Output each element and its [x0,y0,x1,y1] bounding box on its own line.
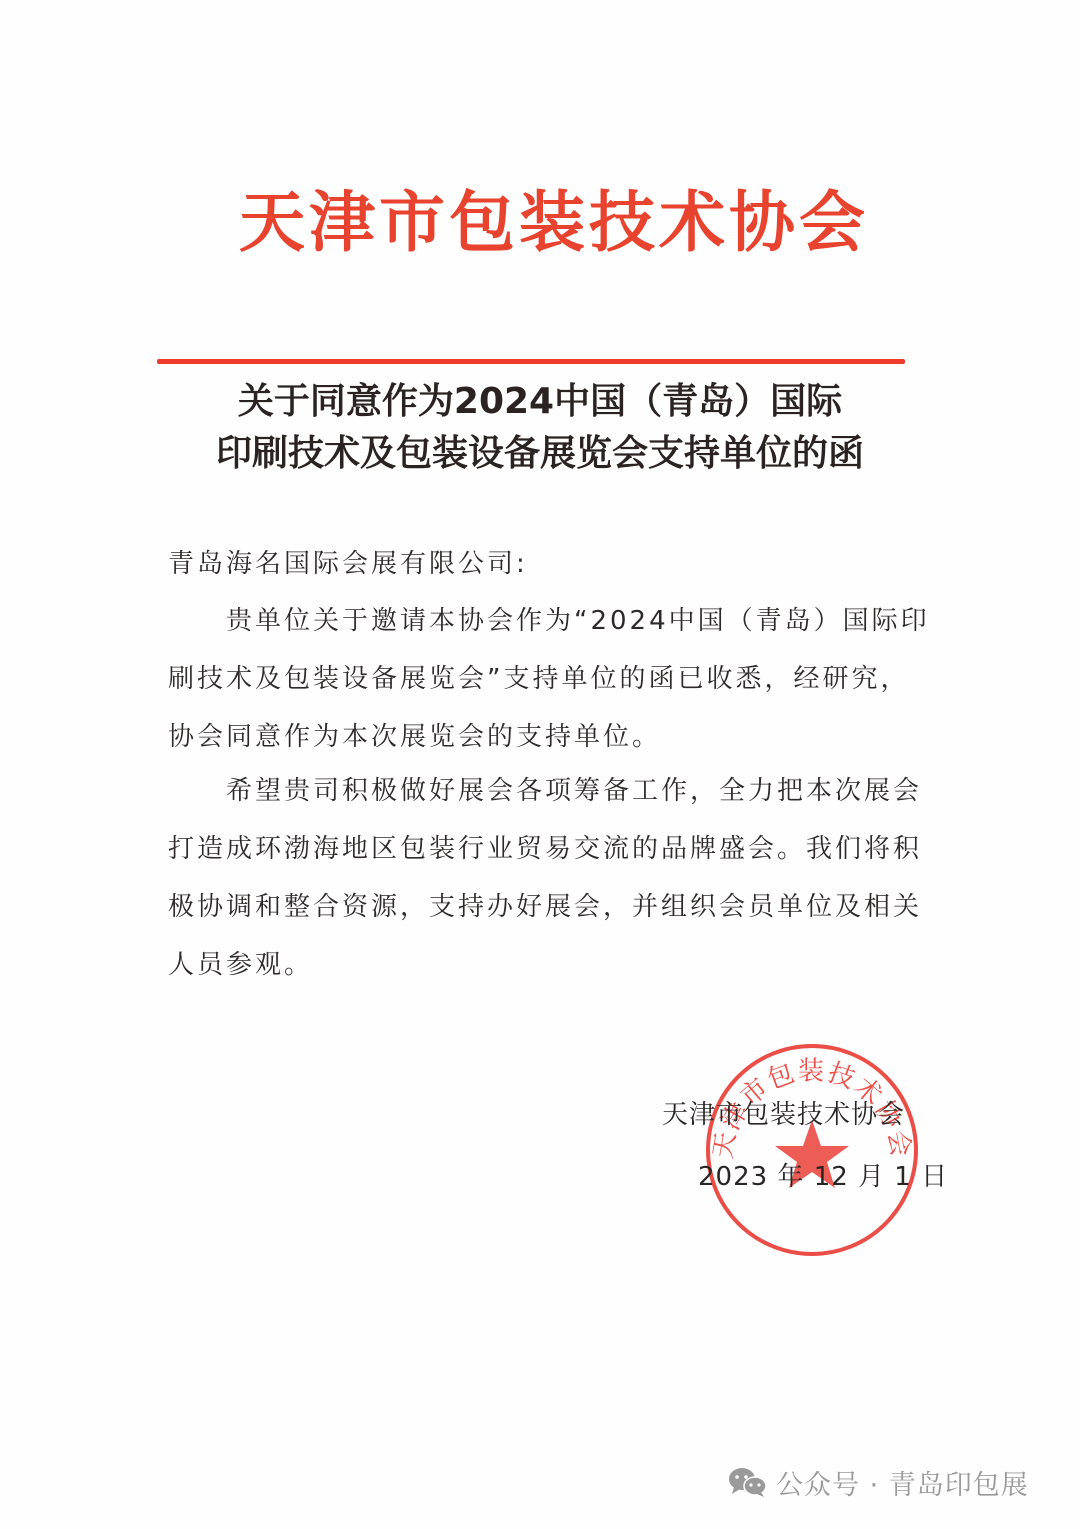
letterhead-divider [157,359,905,364]
paragraph-1-line-3: 协会同意作为本次展览会的支持单位。 [168,708,928,766]
document-title: 关于同意作为2024中国（青岛）国际 印刷技术及包装设备展览会支持单位的函 [150,376,930,480]
paragraph-2-line-3: 极协调和整合资源，支持办好展会，并组织会员单位及相关 [168,878,928,936]
paragraph-2: 希望贵司积极做好展会各项筹备工作，全力把本次展会 打造成环渤海地区包装行业贸易交… [168,762,928,994]
paragraph-2-line-1: 希望贵司积极做好展会各项筹备工作，全力把本次展会 [168,762,928,820]
letterhead-title: 天津市包装技术协会 [0,182,1080,262]
wechat-watermark: 公众号 · 青岛印包展 [728,1462,1029,1502]
paragraph-2-line-4: 人员参观。 [168,936,928,994]
wechat-icon [728,1467,768,1497]
salutation: 青岛海名国际会展有限公司: [168,535,928,593]
paragraph-1: 贵单位关于邀请本协会作为“2024中国（青岛）国际印 刷技术及包装设备展览会”支… [168,592,928,766]
seal-graphic: 天津市包装技术协会 [710,1048,914,1252]
document-title-line-1: 关于同意作为2024中国（青岛）国际 [150,376,930,428]
paragraph-2-line-2: 打造成环渤海地区包装行业贸易交流的品牌盛会。我们将积 [168,820,928,878]
document-title-line-2: 印刷技术及包装设备展览会支持单位的函 [150,428,930,480]
paragraph-1-line-1: 贵单位关于邀请本协会作为“2024中国（青岛）国际印 [168,592,928,650]
watermark-text: 公众号 · 青岛印包展 [776,1463,1029,1502]
paragraph-1-line-2: 刷技术及包装设备展览会”支持单位的函已收悉，经研究， [168,650,928,708]
signature-organization: 天津市包装技术协会 [662,1100,905,1130]
signature-date: 2023 年 12 月 1 日 [698,1162,948,1192]
official-seal: 天津市包装技术协会 [706,1044,918,1256]
letter-page: 天津市包装技术协会 关于同意作为2024中国（青岛）国际 印刷技术及包装设备展览… [0,0,1080,1529]
